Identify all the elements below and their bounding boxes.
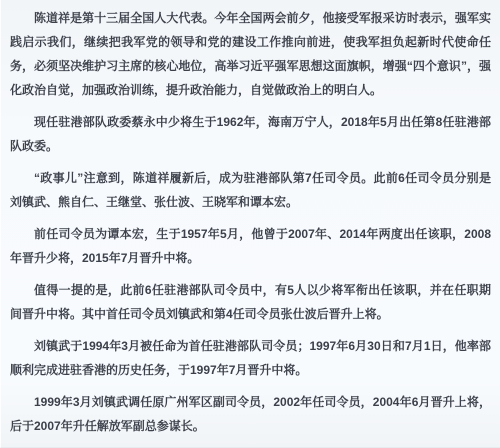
article-paragraph-first-commander: 刘镇武于1994年3月被任命为首任驻港部队司令员；1997年6月30日和7月1日… [10,334,491,382]
article-paragraph-intro: 陈道祥是第十三届全国人大代表。今年全国两会前夕，他接受军报采访时表示，强军实践启… [10,6,491,102]
article-paragraph-previous-commander: 前任司令员为谭本宏，生于1957年5月，他曾于2007年、2014年两度出任该职… [10,222,491,270]
article-paragraph-commander-list: “政事儿”注意到，陈道祥履新后，成为驻港部队第7任司令员。此前6任司令员分别是刘… [10,166,491,214]
article-paragraph-career-moves: 1999年3月刘镇武调任原广州军区副司令员，2002年任司令员，2004年6月晋… [10,390,491,438]
document-page: 陈道祥是第十三届全国人大代表。今年全国两会前夕，他接受军报采访时表示，强军实践启… [0,0,500,448]
article-paragraph-current-commissar: 现任驻港部队政委蔡永中少将生于1962年，海南万宁人，2018年5月出任第8任驻… [10,110,491,158]
article: 陈道祥是第十三届全国人大代表。今年全国两会前夕，他接受军报采访时表示，强军实践启… [10,6,491,438]
article-paragraph-rank-note: 值得一提的是，此前6任驻港部队司令员中，有5人以少将军衔出任该职，并在任职期间晋… [10,278,491,326]
